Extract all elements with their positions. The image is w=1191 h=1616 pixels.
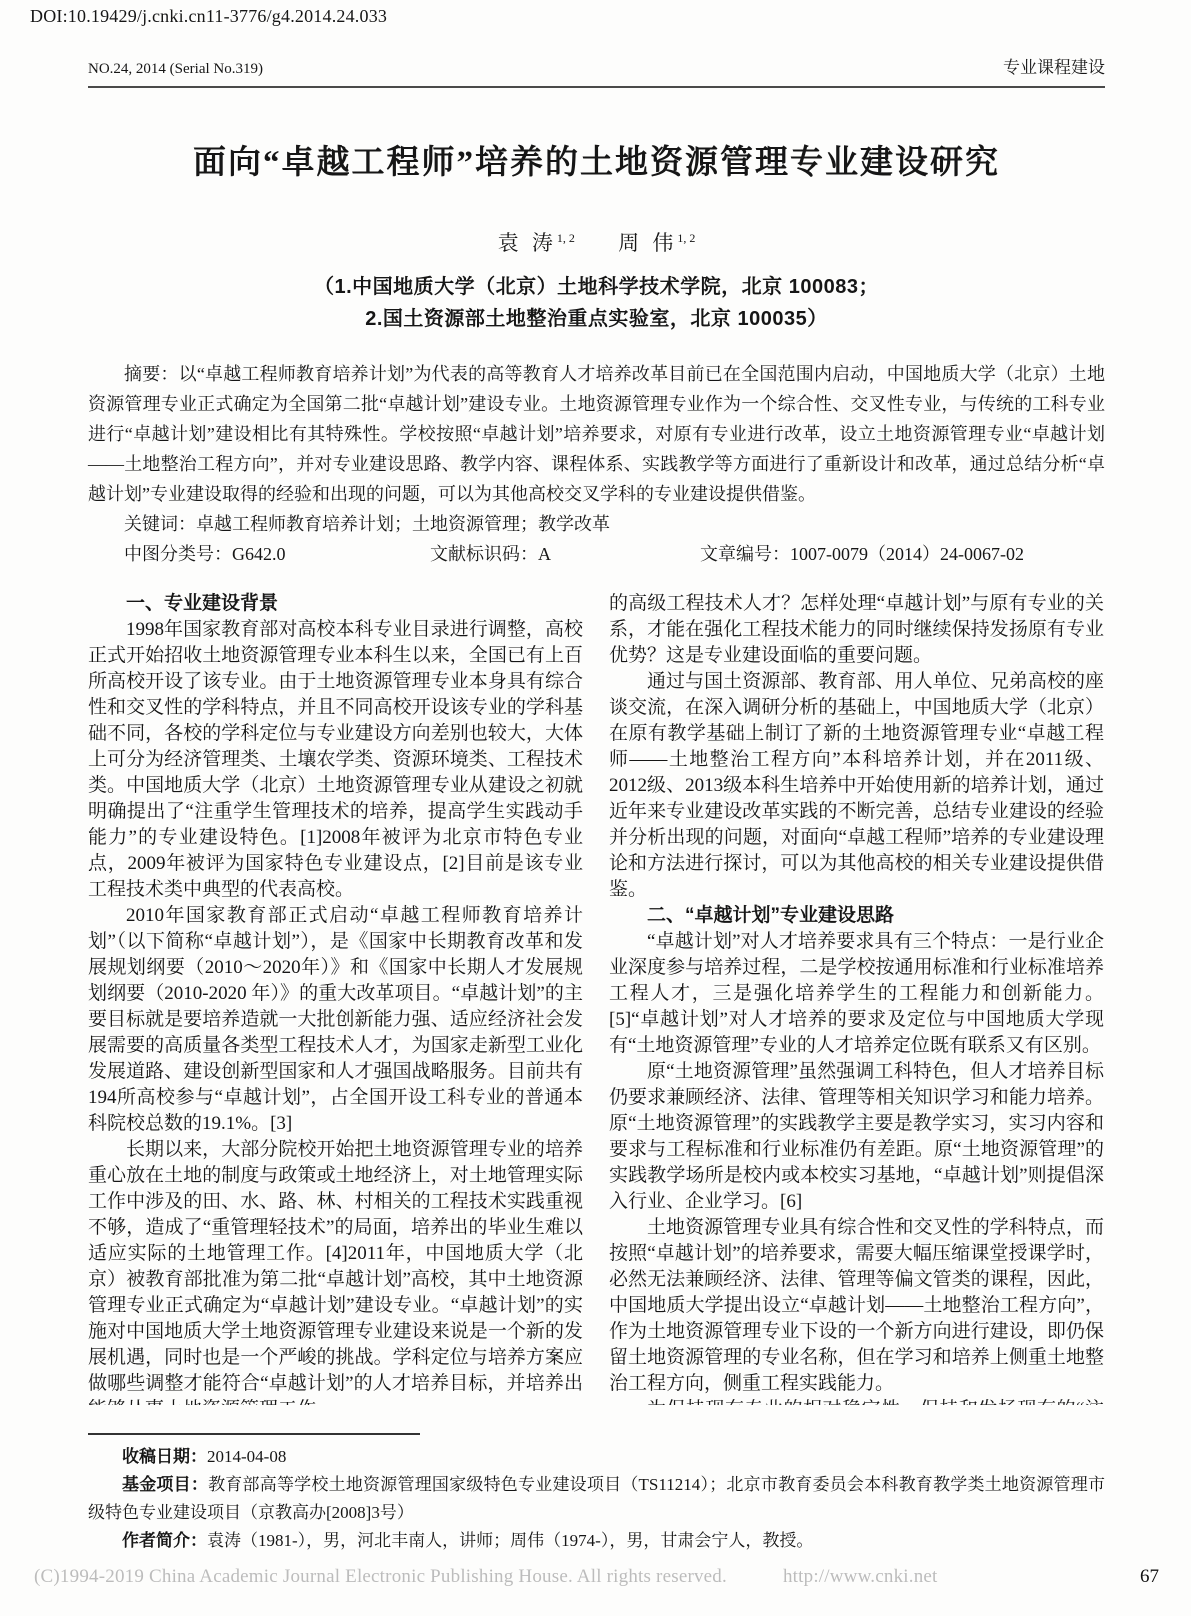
header-rule: [88, 86, 1105, 88]
footnote-received: 收稿日期：2014-04-08: [88, 1443, 1105, 1471]
footnote-block: 收稿日期：2014-04-08 基金项目：教育部高等学校土地资源管理国家级特色专…: [88, 1433, 1105, 1555]
author-superscript: 1, 2: [557, 231, 575, 245]
classification-line: 中图分类号：G642.0 文献标识码：A 文章编号：1007-0079（2014…: [88, 539, 1105, 569]
right-column: 的高级工程技术人才？怎样处理“卓越计划”与原有专业的关系，才能在强化工程技术能力…: [609, 591, 1104, 1405]
authors-line: 袁 涛1, 2 周 伟1, 2: [88, 227, 1105, 257]
article-id: 文章编号：1007-0079（2014）24-0067-02: [700, 539, 1024, 569]
section-heading: 二、“卓越计划”专业建设思路: [609, 903, 1104, 929]
body-paragraph: 为保持现有专业的相对稳定性，保持和发扬现有的“注重: [609, 1397, 1104, 1405]
section-label: 专业课程建设: [1003, 53, 1105, 78]
keywords-text: 卓越工程师教育培养计划；土地资源管理；教学改革: [196, 514, 610, 534]
author-name: 袁 涛: [498, 231, 557, 255]
author: 周 伟1, 2: [618, 231, 695, 255]
affiliations: （1.中国地质大学（北京）土地科学技术学院，北京 100083； 2.国土资源部…: [88, 271, 1105, 335]
paper-title: 面向“卓越工程师”培养的土地资源管理专业建设研究: [88, 136, 1105, 183]
body-paragraph: 原“土地资源管理”虽然强调工科特色，但人才培养目标仍要求兼顾经济、法律、管理等相…: [609, 1059, 1104, 1215]
body-paragraph: 的高级工程技术人才？怎样处理“卓越计划”与原有专业的关系，才能在强化工程技术能力…: [609, 591, 1104, 669]
abstract: 摘要：以“卓越工程师教育培养计划”为代表的高等教育人才培养改革目前已在全国范围内…: [88, 359, 1105, 509]
affiliation-line: （1.中国地质大学（北京）土地科学技术学院，北京 100083；: [88, 271, 1105, 303]
keywords-label: 关键词：: [124, 514, 196, 534]
body-paragraph: 通过与国土资源部、教育部、用人单位、兄弟高校的座谈交流，在深入调研分析的基础上，…: [609, 669, 1104, 903]
copyright-notice: (C)1994-2019 China Academic Journal Elec…: [34, 1566, 938, 1588]
document-code: 文献标识码：A: [430, 539, 700, 569]
body-paragraph: 土地资源管理专业具有综合性和交叉性的学科特点，而按照“卓越计划”的培养要求，需要…: [609, 1215, 1104, 1397]
affiliation-line: 2.国土资源部土地整治重点实验室，北京 100035）: [88, 303, 1105, 335]
abstract-text: 以“卓越工程师教育培养计划”为代表的高等教育人才培养改革目前已在全国范围内启动，…: [88, 364, 1105, 504]
clc-number: 中图分类号：G642.0: [124, 539, 430, 569]
journal-header: NO.24, 2014 (Serial No.319) 专业课程建设: [88, 53, 1105, 78]
body-paragraph: 长期以来，大部分院校开始把土地资源管理专业的培养重心放在土地的制度与政策或土地经…: [88, 1137, 583, 1405]
doi-line: DOI:10.19429/j.cnki.cn11-3776/g4.2014.24…: [30, 6, 1105, 27]
body-paragraph: 1998年国家教育部对高校本科专业目录进行调整，高校正式开始招收土地资源管理专业…: [88, 617, 583, 903]
footnote-bio: 作者简介：袁涛（1981-），男，河北丰南人，讲师；周伟（1974-），男，甘肃…: [88, 1527, 1105, 1555]
left-column: 一、专业建设背景 1998年国家教育部对高校本科专业目录进行调整，高校正式开始招…: [88, 591, 583, 1405]
paper-page: DOI:10.19429/j.cnki.cn11-3776/g4.2014.24…: [0, 0, 1191, 1616]
cnki-url: http://www.cnki.net: [783, 1566, 938, 1587]
section-heading: 一、专业建设背景: [88, 591, 583, 617]
page-number: 67: [1140, 1566, 1159, 1588]
footnote-fund: 基金项目：教育部高等学校土地资源管理国家级特色专业建设项目（TS11214）；北…: [88, 1471, 1105, 1527]
author-name: 周 伟: [618, 231, 677, 255]
author: 袁 涛1, 2: [498, 231, 575, 255]
footnote-rule: [88, 1433, 420, 1435]
body-paragraph: “卓越计划”对人才培养要求具有三个特点：一是行业企业深度参与培养过程，二是学校按…: [609, 929, 1104, 1059]
body-columns: 一、专业建设背景 1998年国家教育部对高校本科专业目录进行调整，高校正式开始招…: [88, 591, 1105, 1405]
body-paragraph: 2010年国家教育部正式启动“卓越工程师教育培养计划”（以下简称“卓越计划”），…: [88, 903, 583, 1137]
author-superscript: 1, 2: [677, 231, 695, 245]
page-footer: (C)1994-2019 China Academic Journal Elec…: [34, 1566, 1159, 1588]
abstract-label: 摘要：: [124, 364, 179, 384]
issue-info: NO.24, 2014 (Serial No.319): [88, 61, 263, 78]
keywords-line: 关键词：卓越工程师教育培养计划；土地资源管理；教学改革: [88, 509, 1105, 539]
